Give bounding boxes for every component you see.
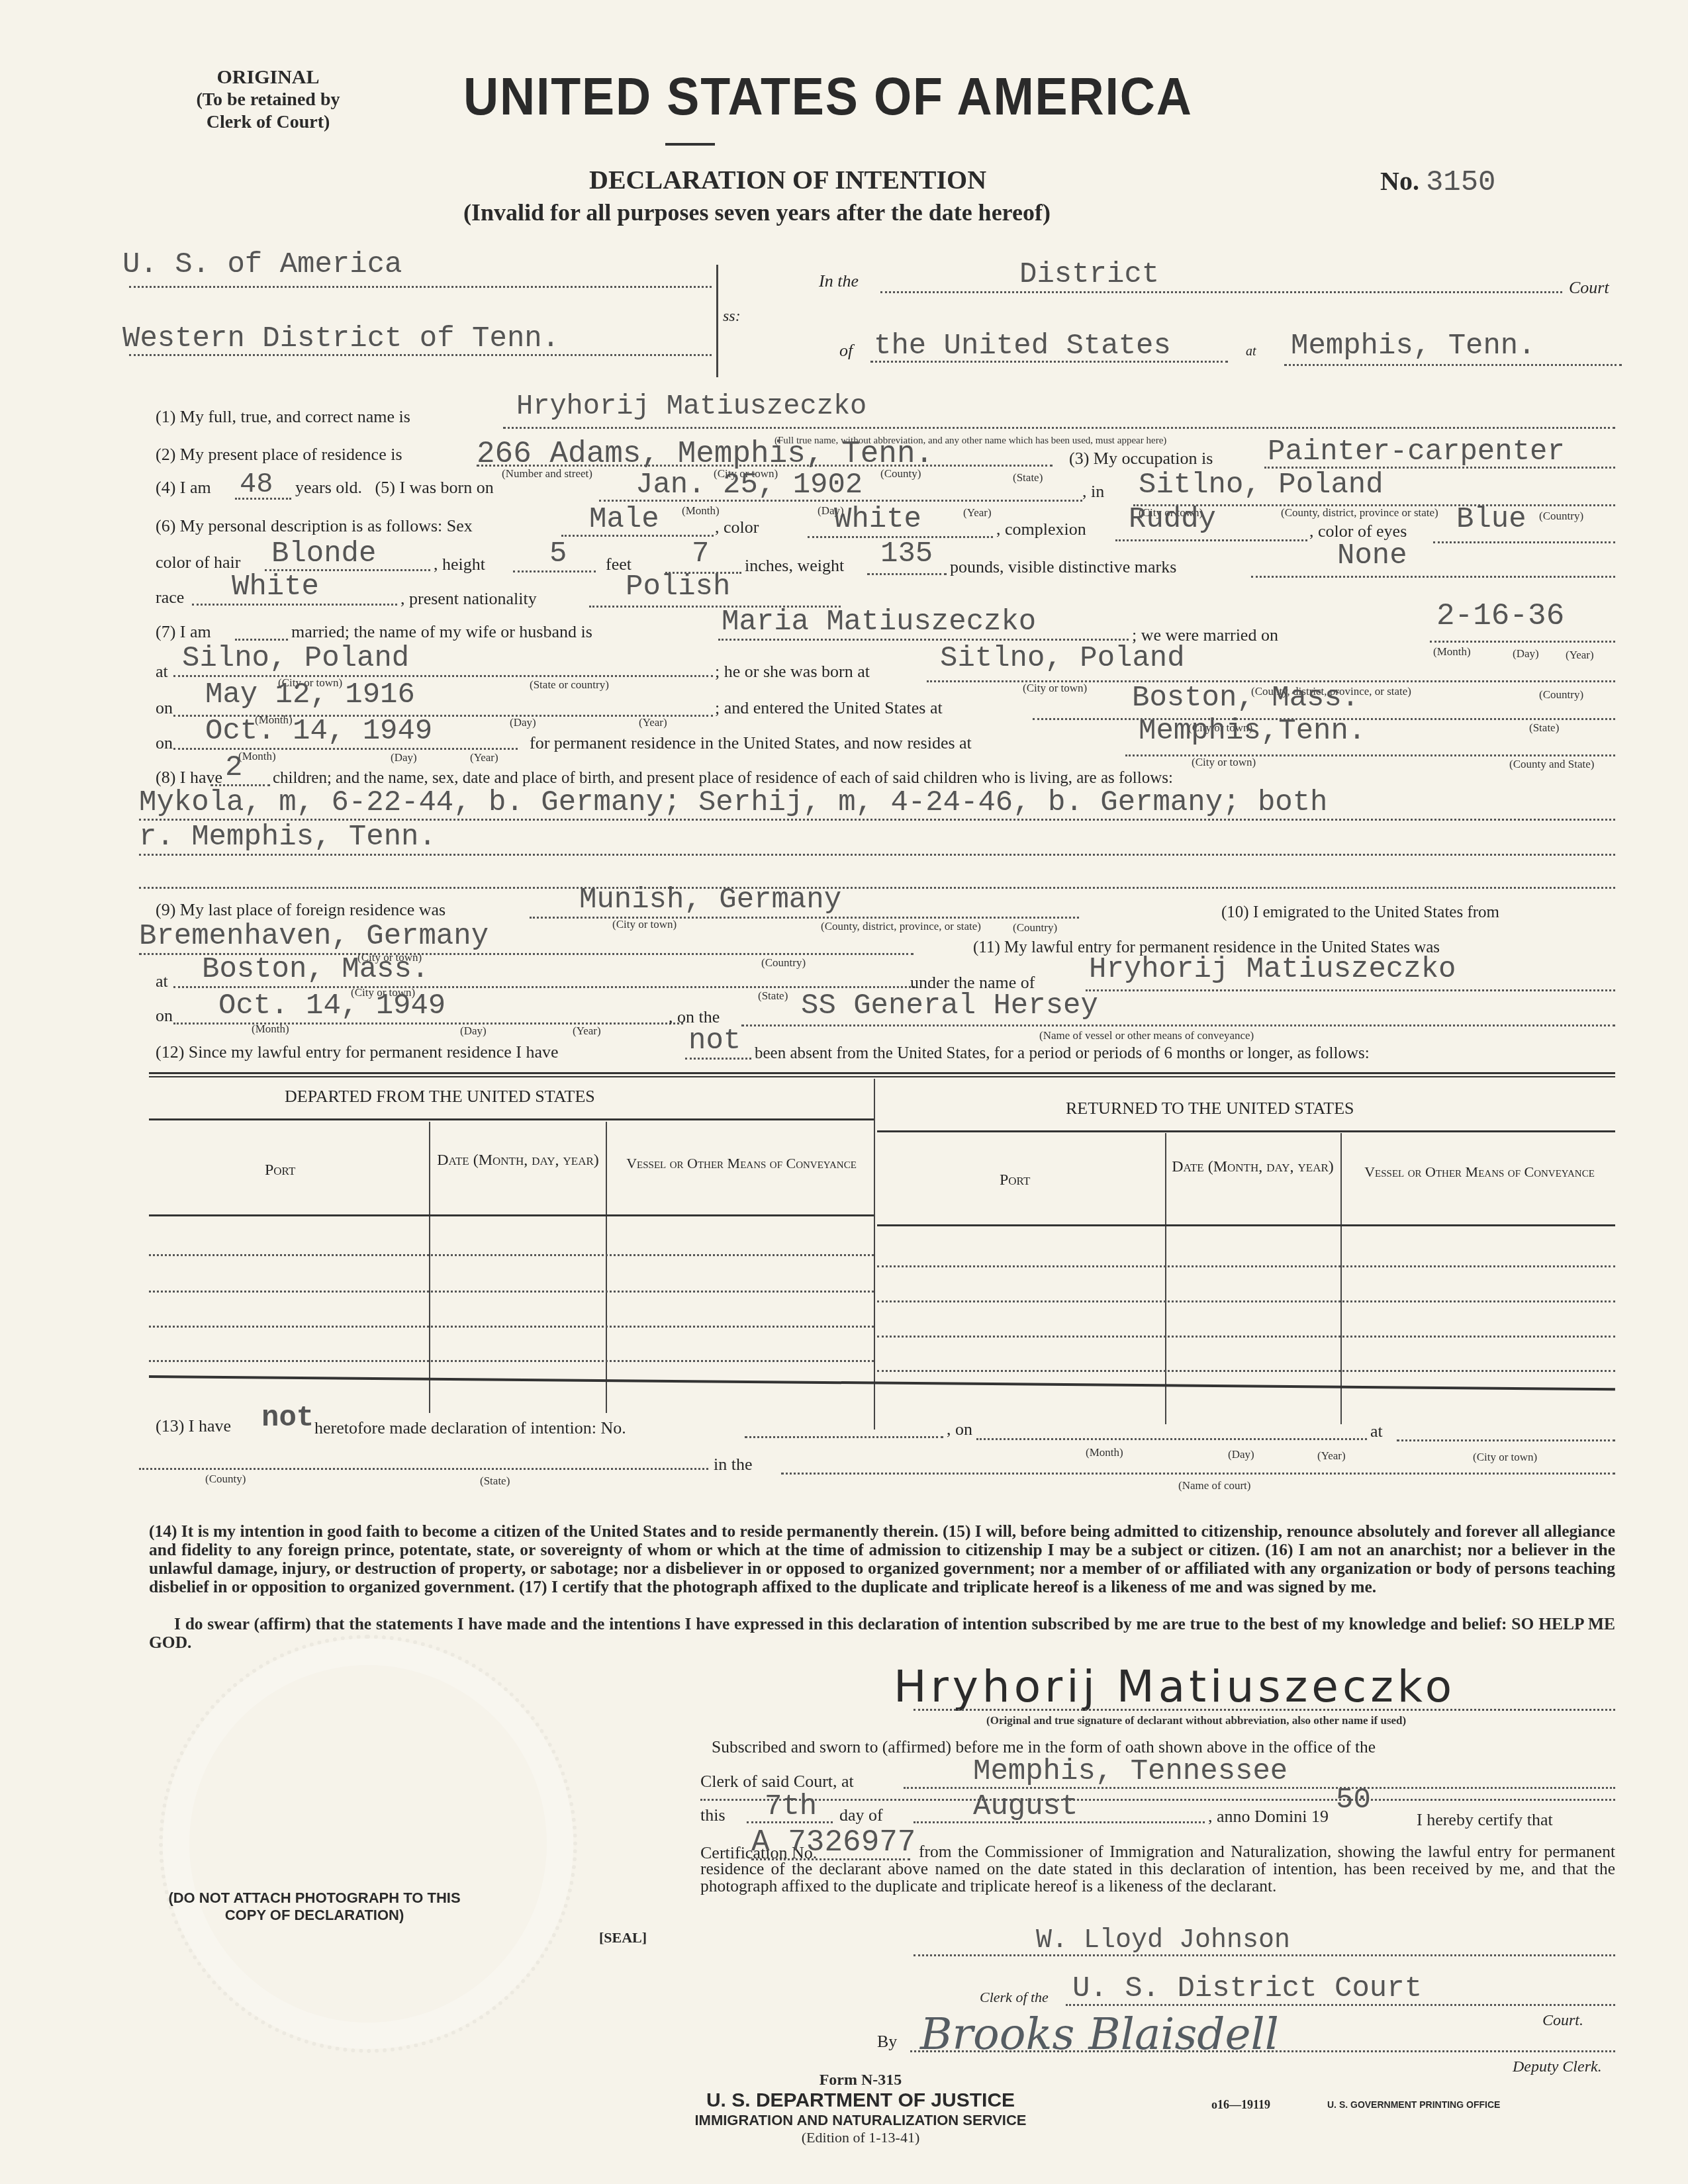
- prior-declaration-number[interactable]: [745, 1436, 943, 1438]
- declaration-number-value: 3150: [1426, 166, 1496, 199]
- departed-header: DEPARTED FROM THE UNITED STATES: [285, 1087, 595, 1107]
- retained-note: Clerk of Court): [136, 111, 400, 134]
- original-block: ORIGINAL (To be retained by Clerk of Cou…: [136, 66, 400, 134]
- clerk-name: W. Lloyd Johnson: [1036, 1926, 1290, 1956]
- spouse-name: Maria Matiuszeczko: [722, 606, 1036, 639]
- clerk-court: U. S. District Court: [1072, 1972, 1422, 2005]
- prior-declaration-not: not: [261, 1402, 314, 1435]
- embossed-seal: [159, 1635, 577, 2053]
- printer: U. S. GOVERNMENT PRINTING OFFICE: [1327, 2099, 1500, 2110]
- children-details-line-2: r. Memphis, Tenn.: [139, 821, 436, 854]
- court-location: Memphis, Tenn.: [1291, 330, 1536, 363]
- lawful-entry-date: Oct. 14, 1949: [218, 989, 445, 1023]
- eye-color: Blue: [1456, 503, 1526, 536]
- spouse-residence: Memphis,Tenn.: [1139, 715, 1366, 748]
- spouse-entry-port: Boston, Mass.: [1132, 682, 1359, 715]
- title-rule: [665, 143, 715, 146]
- seal-label: [SEAL]: [599, 1929, 647, 1946]
- retained-note: (To be retained by: [136, 89, 400, 111]
- col-port: Port: [265, 1161, 295, 1179]
- birth-place: Sitlno, Poland: [1139, 469, 1383, 502]
- edition: (Edition of 1-13-41): [596, 2129, 1125, 2146]
- table-row[interactable]: [877, 1265, 1615, 1267]
- certification-text: from the Commissioner of Immigration and…: [700, 1843, 1615, 1895]
- col-date: Date (Month, day, year): [1168, 1158, 1337, 1175]
- occupation: Painter-carpenter: [1268, 435, 1565, 469]
- page-title: UNITED STATES OF AMERICA: [463, 66, 1193, 127]
- last-foreign-residence: Munish, Germany: [579, 884, 841, 917]
- declarant-signature: Hryhorij Matiuszeczko: [894, 1661, 1456, 1712]
- marriage-date: 2-16-36: [1436, 599, 1564, 633]
- age: 48: [240, 469, 273, 500]
- sex: Male: [589, 503, 659, 536]
- table-row[interactable]: [877, 1336, 1615, 1338]
- venue-left-2: Western District of Tenn.: [122, 322, 559, 355]
- prior-declaration-county-state[interactable]: [139, 1468, 708, 1470]
- lawful-entry-port: Boston, Mass.: [202, 953, 429, 986]
- venue-left-1: U. S. of America: [122, 248, 402, 281]
- lawful-entry-vessel: SS General Hersey: [801, 989, 1098, 1023]
- oath-paragraph: (14) It is my intention in good faith to…: [149, 1522, 1615, 1596]
- spouse-birthdate: May 12, 1916: [205, 678, 415, 711]
- children-details-line-1: Mykola, m, 6-22-44, b. Germany; Serhij, …: [139, 786, 1328, 819]
- table-row[interactable]: [877, 1370, 1615, 1372]
- col-vessel: Vessel or Other Means of Conveyance: [616, 1155, 867, 1172]
- distinctive-marks: None: [1337, 539, 1407, 572]
- venue-brace: [710, 265, 718, 377]
- table-row[interactable]: [877, 1300, 1615, 1302]
- height-inches: 7: [692, 537, 709, 570]
- prior-declaration-date[interactable]: [976, 1438, 1367, 1440]
- full-name: Hryhorij Matiuszeczko: [516, 390, 867, 422]
- table-row[interactable]: [149, 1254, 874, 1256]
- hair-color: Blonde: [271, 537, 376, 570]
- col-port: Port: [1000, 1171, 1030, 1189]
- emigrated-from: Bremenhaven, Germany: [139, 920, 489, 953]
- form-number: Form N-315: [596, 2071, 1125, 2089]
- sworn-month: August: [973, 1790, 1078, 1823]
- nationality: Polish: [626, 570, 730, 604]
- children-count: 2: [225, 751, 242, 784]
- prior-declaration-court[interactable]: [781, 1473, 1615, 1475]
- height-feet: 5: [549, 537, 567, 570]
- marriage-place: Silno, Poland: [182, 642, 409, 675]
- court-of: the United States: [874, 330, 1171, 363]
- col-vessel: Vessel or Other Means of Conveyance: [1347, 1163, 1612, 1181]
- court-type: District: [1019, 258, 1159, 291]
- absence-not: not: [688, 1024, 741, 1058]
- table-row[interactable]: [149, 1326, 874, 1328]
- service: IMMIGRATION AND NATURALIZATION SERVICE: [596, 2112, 1125, 2129]
- form-footer: Form N-315 U. S. DEPARTMENT OF JUSTICE I…: [596, 2071, 1125, 2146]
- table-row[interactable]: [149, 1360, 874, 1362]
- birth-date: Jan. 25, 1902: [635, 469, 863, 502]
- sworn-location: Memphis, Tennessee: [973, 1755, 1288, 1788]
- invalid-note: (Invalid for all purposes seven years af…: [463, 199, 1051, 226]
- returned-header: RETURNED TO THE UNITED STATES: [1066, 1099, 1354, 1118]
- form-subtitle: DECLARATION OF INTENTION: [589, 164, 986, 195]
- spouse-entry-date: Oct. 14, 1949: [205, 715, 432, 748]
- print-code: o16—19119: [1211, 2098, 1270, 2112]
- table-row[interactable]: [149, 1291, 874, 1293]
- lawful-entry-name: Hryhorij Matiuszeczko: [1089, 953, 1456, 986]
- sworn-year: 50: [1336, 1784, 1371, 1817]
- photo-note: (DO NOT ATTACH PHOTOGRAPH TO THIS COPY O…: [149, 1889, 480, 1924]
- department: U. S. DEPARTMENT OF JUSTICE: [596, 2089, 1125, 2112]
- col-date: Date (Month, day, year): [434, 1152, 602, 1169]
- declaration-number: No. 3150: [1380, 165, 1496, 199]
- original-label: ORIGINAL: [136, 66, 400, 89]
- complexion: Ruddy: [1129, 503, 1216, 536]
- weight: 135: [880, 537, 933, 570]
- sworn-day: 7th: [765, 1790, 817, 1823]
- color: White: [834, 503, 921, 536]
- prior-declaration-city[interactable]: [1397, 1439, 1615, 1441]
- race: White: [232, 570, 319, 604]
- spouse-birthplace: Sitlno, Poland: [940, 642, 1185, 675]
